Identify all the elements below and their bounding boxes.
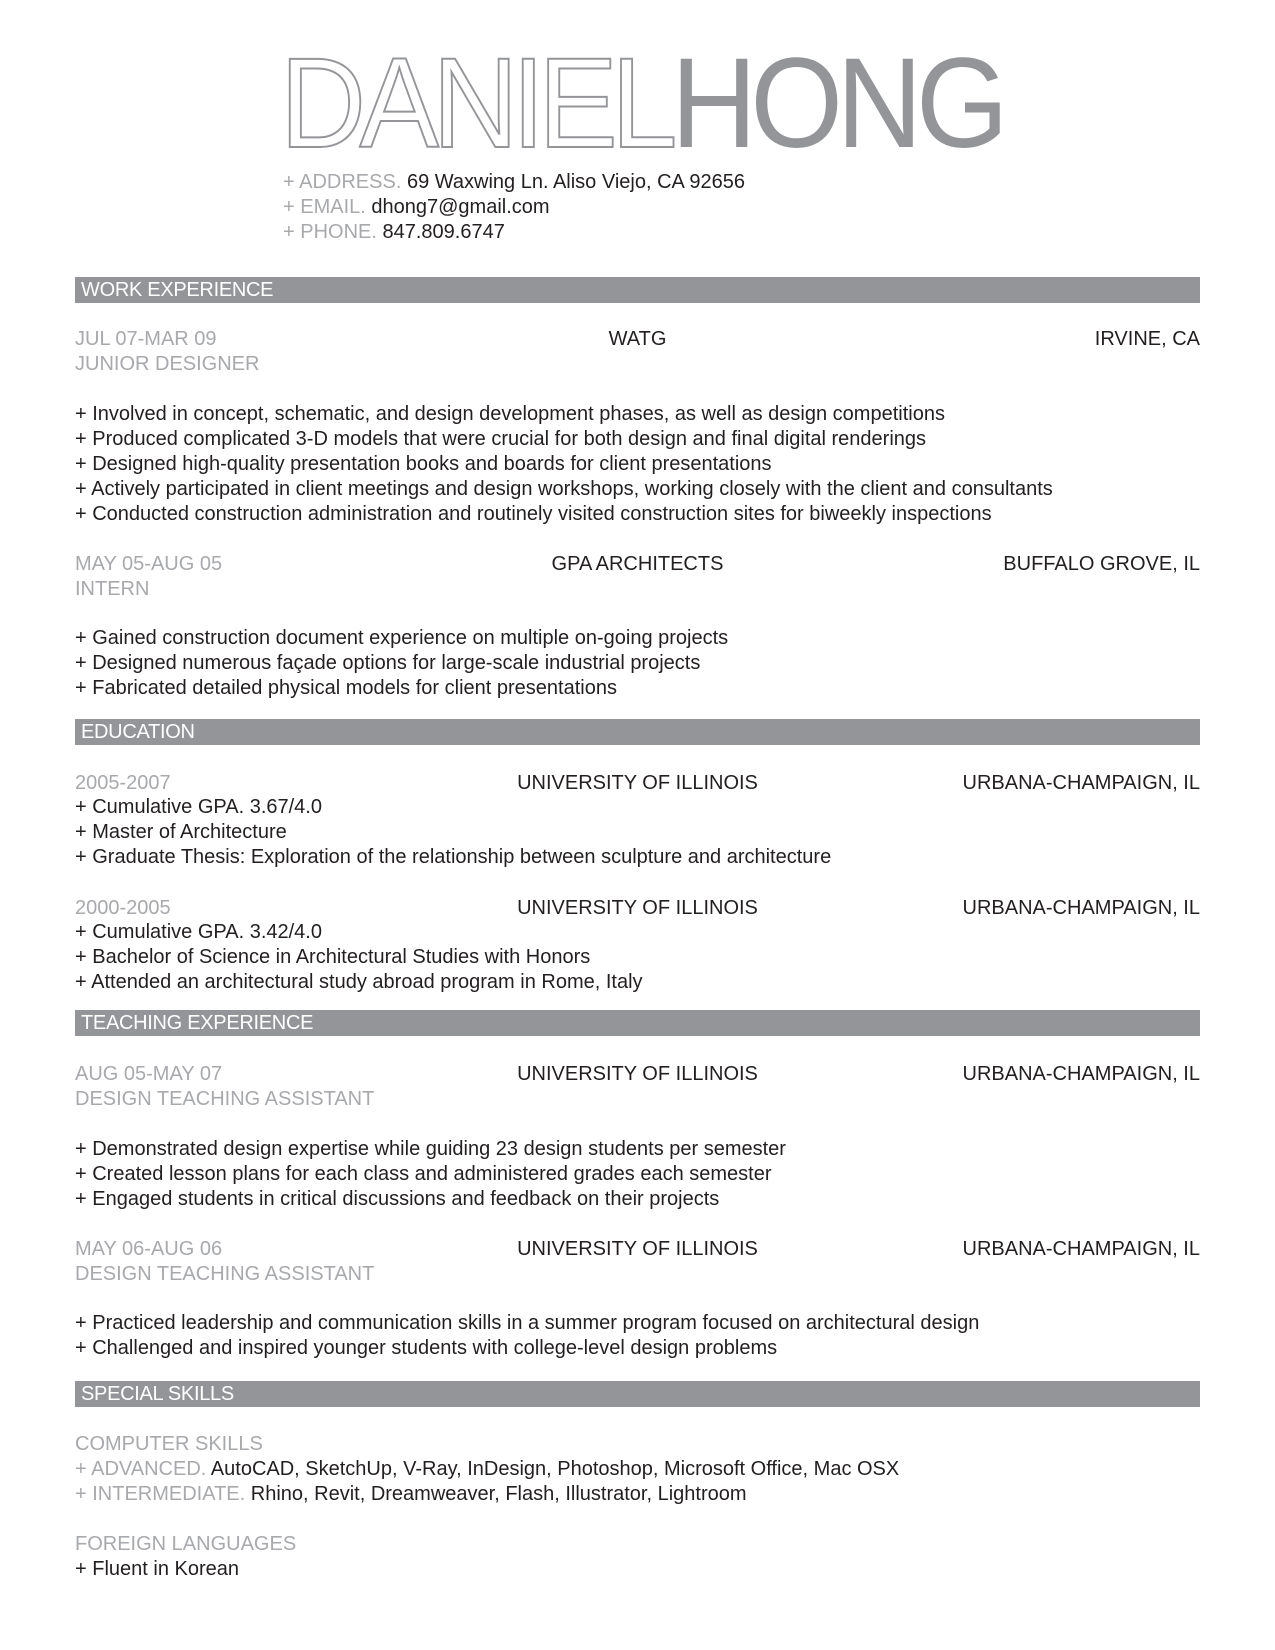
contact-email: + EMAIL. dhong7@gmail.com [283,195,745,220]
section-bar-skills: SPECIAL SKILLS [75,1381,1200,1407]
teaching-entry-header: MAY 06-AUG 06 UNIVERSITY OF ILLINOIS URB… [75,1236,1200,1262]
list-item: + Actively participated in client meetin… [75,477,1053,502]
education-bullets: + Cumulative GPA. 3.42/4.0 + Bachelor of… [75,920,643,995]
entry-location: URBANA-CHAMPAIGN, IL [963,770,1200,796]
education-bullets: + Cumulative GPA. 3.67/4.0 + Master of A… [75,795,831,870]
list-item: + Practiced leadership and communication… [75,1311,979,1336]
first-name: DANIEL [280,32,671,175]
computer-skills-list: + ADVANCED. AutoCAD, SketchUp, V-Ray, In… [75,1457,899,1507]
list-item: + Engaged students in critical discussio… [75,1187,786,1212]
education-entry-header: 2000-2005 UNIVERSITY OF ILLINOIS URBANA-… [75,895,1200,921]
education-entry-header: 2005-2007 UNIVERSITY OF ILLINOIS URBANA-… [75,770,1200,796]
entry-role: INTERN [75,576,149,602]
contact-label: + EMAIL. [283,196,366,218]
list-item: + Master of Architecture [75,820,831,845]
skill-list: AutoCAD, SketchUp, V-Ray, InDesign, Phot… [211,1458,899,1480]
entry-org: WATG [75,326,1200,352]
skill-level-label: + INTERMEDIATE. [75,1483,245,1505]
resume-page: DANIELHONG + ADDRESS. 69 Waxwing Ln. Ali… [0,0,1275,1650]
languages-heading: FOREIGN LANGUAGES [75,1532,296,1557]
contact-value: 847.809.6747 [382,221,504,243]
section-bar-work: WORK EXPERIENCE [75,277,1200,303]
entry-location: IRVINE, CA [1095,326,1200,352]
skill-row-intermediate: + INTERMEDIATE. Rhino, Revit, Dreamweave… [75,1482,899,1507]
work-bullets: + Involved in concept, schematic, and de… [75,402,1053,527]
teaching-bullets: + Practiced leadership and communication… [75,1311,979,1361]
section-bar-education: EDUCATION [75,719,1200,745]
list-item: + Demonstrated design expertise while gu… [75,1137,786,1162]
list-item: + Fabricated detailed physical models fo… [75,676,728,701]
list-item: + Designed high-quality presentation boo… [75,452,1053,477]
list-item: + Graduate Thesis: Exploration of the re… [75,845,831,870]
entry-role: JUNIOR DESIGNER [75,351,259,377]
skill-level-label: + ADVANCED. [75,1458,206,1480]
entry-role: DESIGN TEACHING ASSISTANT [75,1261,374,1287]
list-item: + Designed numerous façade options for l… [75,651,728,676]
computer-skills-heading: COMPUTER SKILLS [75,1432,263,1457]
list-item: + Produced complicated 3-D models that w… [75,427,1053,452]
entry-location: URBANA-CHAMPAIGN, IL [963,1236,1200,1262]
list-item: + Attended an architectural study abroad… [75,970,643,995]
skill-row-advanced: + ADVANCED. AutoCAD, SketchUp, V-Ray, In… [75,1457,899,1482]
contact-phone: + PHONE. 847.809.6747 [283,220,745,245]
contact-label: + ADDRESS. [283,171,401,193]
teaching-entry-header: AUG 05-MAY 07 UNIVERSITY OF ILLINOIS URB… [75,1061,1200,1087]
teaching-bullets: + Demonstrated design expertise while gu… [75,1137,786,1212]
entry-location: URBANA-CHAMPAIGN, IL [963,1061,1200,1087]
list-item: + Conducted construction administration … [75,502,1053,527]
list-item: + Bachelor of Science in Architectural S… [75,945,643,970]
section-bar-teaching: TEACHING EXPERIENCE [75,1010,1200,1036]
skill-list: Rhino, Revit, Dreamweaver, Flash, Illust… [251,1483,747,1505]
list-item: + Fluent in Korean [75,1557,239,1582]
contact-address: + ADDRESS. 69 Waxwing Ln. Aliso Viejo, C… [283,170,745,195]
contact-value: 69 Waxwing Ln. Aliso Viejo, CA 92656 [407,171,745,193]
last-name: HONG [671,32,1002,175]
entry-role: DESIGN TEACHING ASSISTANT [75,1086,374,1112]
contact-block: + ADDRESS. 69 Waxwing Ln. Aliso Viejo, C… [283,170,745,245]
languages-list: + Fluent in Korean [75,1557,239,1582]
entry-location: BUFFALO GROVE, IL [1003,551,1200,577]
work-entry-header: MAY 05-AUG 05 GPA ARCHITECTS BUFFALO GRO… [75,551,1200,577]
list-item: + Cumulative GPA. 3.42/4.0 [75,920,643,945]
work-entry-header: JUL 07-MAR 09 WATG IRVINE, CA [75,326,1200,352]
list-item: + Cumulative GPA. 3.67/4.0 [75,795,831,820]
contact-value[interactable]: dhong7@gmail.com [371,196,549,218]
list-item: + Created lesson plans for each class an… [75,1162,786,1187]
list-item: + Involved in concept, schematic, and de… [75,402,1053,427]
list-item: + Gained construction document experienc… [75,626,728,651]
entry-location: URBANA-CHAMPAIGN, IL [963,895,1200,921]
name-heading: DANIELHONG [280,40,1002,168]
list-item: + Challenged and inspired younger studen… [75,1336,979,1361]
contact-label: + PHONE. [283,221,377,243]
work-bullets: + Gained construction document experienc… [75,626,728,701]
